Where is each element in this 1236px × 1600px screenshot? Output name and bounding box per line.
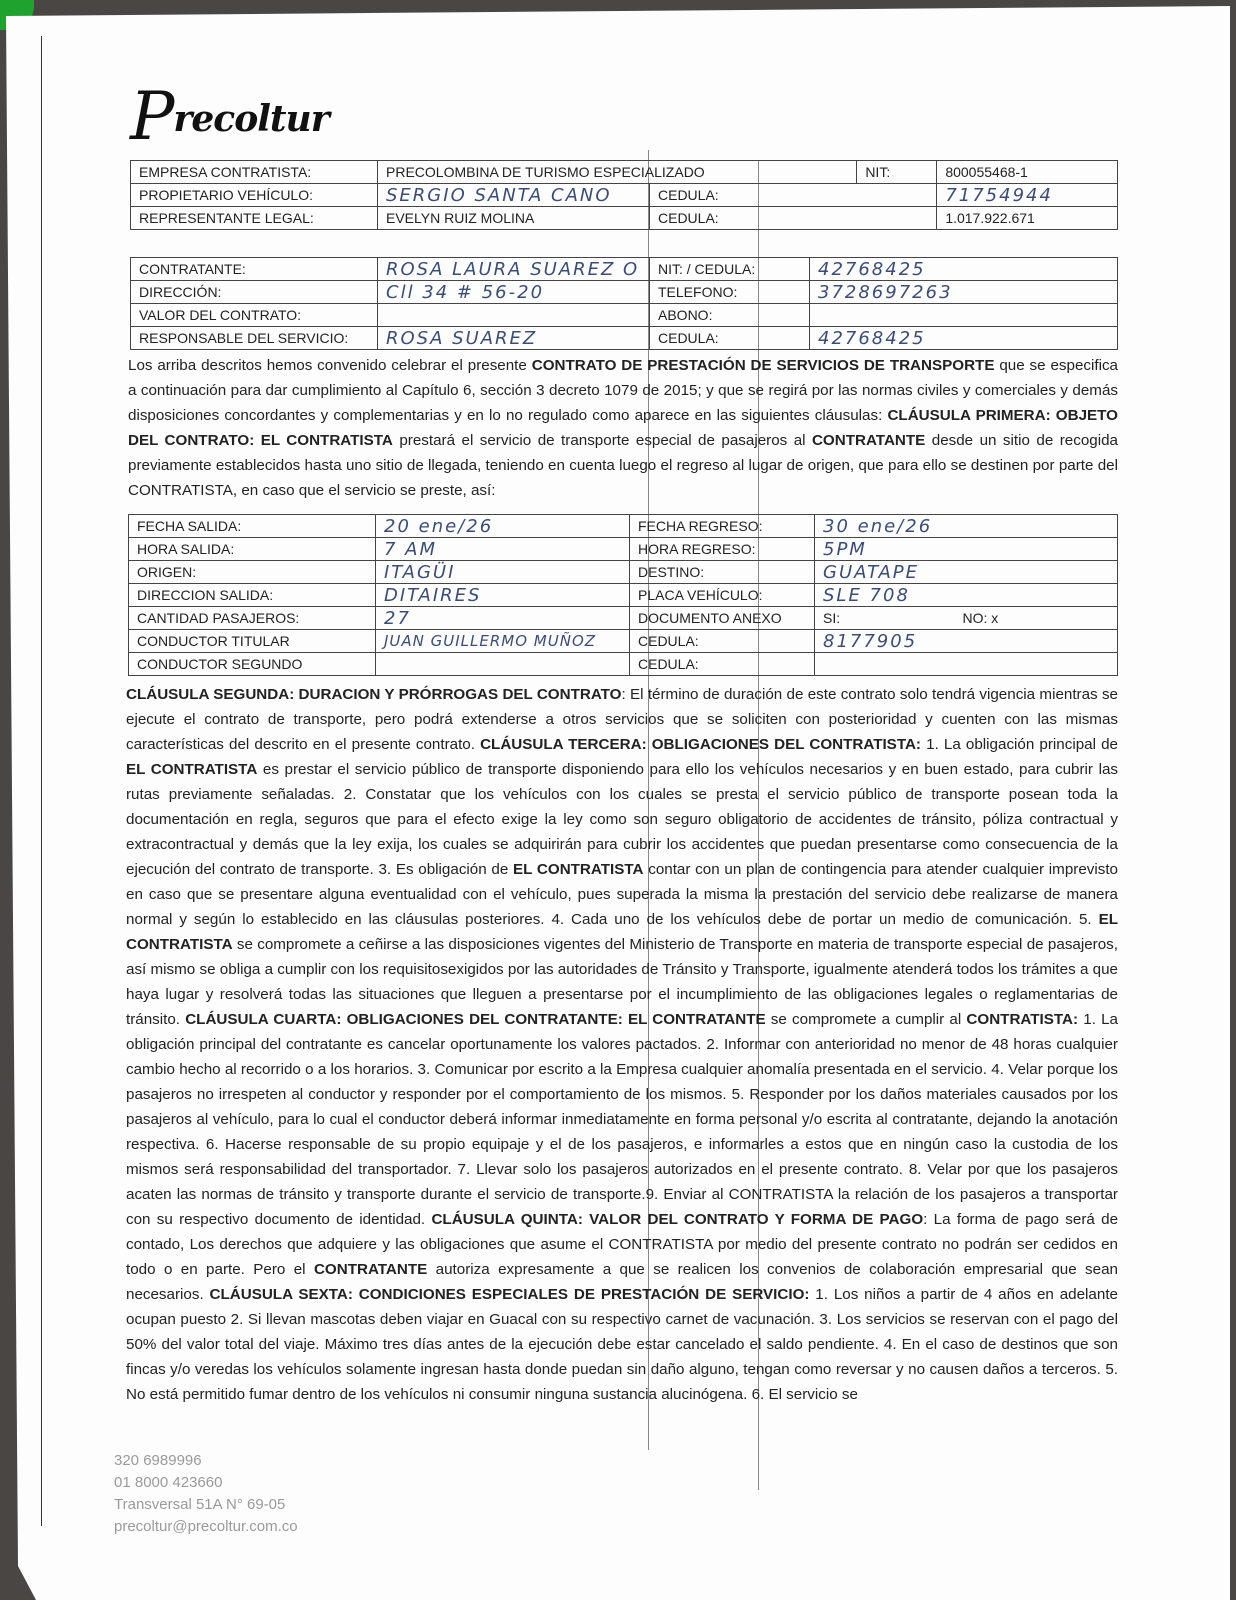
return-date-value: 30 ene/26: [815, 515, 1118, 538]
table-row: HORA SALIDA: 7 AM HORA REGRESO: 5PM: [129, 538, 1118, 561]
clause-2-title: CLÁUSULA SEGUNDA: DURACION Y PRÓRROGAS D…: [126, 686, 622, 703]
field-label: FECHA REGRESO:: [630, 515, 815, 538]
table-row: REPRESENTANTE LEGAL: EVELYN RUIZ MOLINA …: [131, 207, 1118, 230]
field-label: NIT: / CEDULA:: [650, 258, 810, 281]
second-driver-id-value: [815, 653, 1118, 676]
field-label: CEDULA:: [630, 653, 815, 676]
field-label: FECHA SALIDA:: [129, 515, 376, 538]
deposit-value: [810, 304, 1118, 327]
annex-no-value: NO: x: [955, 607, 1118, 630]
field-label: HORA SALIDA:: [129, 538, 376, 561]
table-row: DIRECCIÓN: Cll 34 # 56-20 TELEFONO: 3728…: [131, 281, 1118, 304]
clause-4-title: CLÁUSULA CUARTA: OBLIGACIONES DEL CONTRA…: [185, 1011, 765, 1028]
field-label: PLACA VEHÍCULO:: [630, 584, 815, 607]
phone-number: 320 6989996: [114, 1450, 298, 1472]
table-row: CONDUCTOR TITULAR JUAN GUILLERMO MUÑOZ C…: [129, 630, 1118, 653]
table-row: VALOR DEL CONTRATO: ABONO:: [131, 304, 1118, 327]
field-label: DIRECCIÓN:: [131, 281, 378, 304]
field-label: CEDULA:: [630, 630, 815, 653]
company-logo: Precoltur: [130, 78, 329, 155]
field-label: DOCUMENTO ANEXO: [630, 607, 815, 630]
responsible-id-value: 42768425: [810, 327, 1118, 350]
client-id-value: 42768425: [810, 258, 1118, 281]
field-label: ORIGEN:: [129, 561, 376, 584]
office-address: Transversal 51A N° 69-05: [114, 1494, 298, 1516]
clause-3-title: CLÁUSULA TERCERA: OBLIGACIONES DEL CONTR…: [480, 736, 921, 753]
table-row: ORIGEN: ITAGÜI DESTINO: GUATAPE: [129, 561, 1118, 584]
contract-value: [378, 304, 650, 327]
second-driver-value: [376, 653, 630, 676]
destination-value: GUATAPE: [815, 561, 1118, 584]
clause-6-title: CLÁUSULA SEXTA: CONDICIONES ESPECIALES D…: [210, 1286, 810, 1303]
company-name-value: PRECOLOMBINA DE TURISMO ESPECIALIZADO: [378, 161, 857, 184]
return-time-value: 5PM: [815, 538, 1118, 561]
field-label: CONDUCTOR SEGUNDO: [129, 653, 376, 676]
margin-line: [41, 36, 42, 1526]
departure-date-value: 20 ene/26: [376, 515, 630, 538]
email-address: precoltur@precoltur.com.co: [114, 1516, 298, 1538]
client-address-value: Cll 34 # 56-20: [378, 281, 650, 304]
field-label: CANTIDAD PASAJEROS:: [129, 607, 376, 630]
field-label: TELEFONO:: [650, 281, 810, 304]
company-info-table: EMPRESA CONTRATISTA: PRECOLOMBINA DE TUR…: [130, 160, 1118, 230]
field-label: CEDULA:: [650, 327, 810, 350]
table-row: CANTIDAD PASAJEROS: 27 DOCUMENTO ANEXO S…: [129, 607, 1118, 630]
client-name-value: ROSA LAURA SUAREZ O: [378, 258, 650, 281]
table-row: DIRECCION SALIDA: DITAIRES PLACA VEHÍCUL…: [129, 584, 1118, 607]
field-label: CEDULA:: [650, 184, 937, 207]
field-label: NIT:: [857, 161, 937, 184]
legal-rep-value: EVELYN RUIZ MOLINA: [378, 207, 650, 230]
table-row: PROPIETARIO VEHÍCULO: SERGIO SANTA CANO …: [131, 184, 1118, 207]
field-label: CONDUCTOR TITULAR: [129, 630, 376, 653]
field-label: EMPRESA CONTRATISTA:: [131, 161, 378, 184]
table-row: RESPONSABLE DEL SERVICIO: ROSA SUAREZ CE…: [131, 327, 1118, 350]
table-row: CONDUCTOR SEGUNDO CEDULA:: [129, 653, 1118, 676]
field-label: DIRECCION SALIDA:: [129, 584, 376, 607]
vehicle-plate-value: SLE 708: [815, 584, 1118, 607]
responsible-name-value: ROSA SUAREZ: [378, 327, 650, 350]
clauses-section: CLÁUSULA SEGUNDA: DURACION Y PRÓRROGAS D…: [126, 682, 1118, 1407]
departure-time-value: 7 AM: [376, 538, 630, 561]
field-label: REPRESENTANTE LEGAL:: [131, 207, 378, 230]
field-label: CEDULA:: [650, 207, 937, 230]
main-driver-value: JUAN GUILLERMO MUÑOZ: [376, 630, 630, 653]
clause-5-title: CLÁUSULA QUINTA: VALOR DEL CONTRATO Y FO…: [431, 1211, 923, 1228]
field-label: RESPONSABLE DEL SERVICIO:: [131, 327, 378, 350]
main-driver-id-value: 8177905: [815, 630, 1118, 653]
table-row: FECHA SALIDA: 20 ene/26 FECHA REGRESO: 3…: [129, 515, 1118, 538]
field-label: PROPIETARIO VEHÍCULO:: [131, 184, 378, 207]
field-label: VALOR DEL CONTRATO:: [131, 304, 378, 327]
client-info-table: CONTRATANTE: ROSA LAURA SUAREZ O NIT: / …: [130, 257, 1118, 350]
owner-name-value: SERGIO SANTA CANO: [378, 184, 650, 207]
departure-address-value: DITAIRES: [376, 584, 630, 607]
client-phone-value: 3728697263: [810, 281, 1118, 304]
company-contact-footer: 320 6989996 01 8000 423660 Transversal 5…: [114, 1450, 298, 1538]
annex-yes-value: SI:: [815, 607, 955, 630]
toll-free-number: 01 8000 423660: [114, 1472, 298, 1494]
origin-value: ITAGÜI: [376, 561, 630, 584]
passenger-count-value: 27: [376, 607, 630, 630]
field-label: DESTINO:: [630, 561, 815, 584]
field-label: CONTRATANTE:: [131, 258, 378, 281]
owner-id-value: 71754944: [937, 184, 1118, 207]
table-row: CONTRATANTE: ROSA LAURA SUAREZ O NIT: / …: [131, 258, 1118, 281]
nit-value: 800055468-1: [937, 161, 1118, 184]
table-row: EMPRESA CONTRATISTA: PRECOLOMBINA DE TUR…: [131, 161, 1118, 184]
intro-paragraph: Los arriba descritos hemos convenido cel…: [128, 353, 1118, 503]
trip-details-table: FECHA SALIDA: 20 ene/26 FECHA REGRESO: 3…: [128, 514, 1118, 676]
field-label: ABONO:: [650, 304, 810, 327]
legal-rep-id-value: 1.017.922.671: [937, 207, 1118, 230]
field-label: HORA REGRESO:: [630, 538, 815, 561]
